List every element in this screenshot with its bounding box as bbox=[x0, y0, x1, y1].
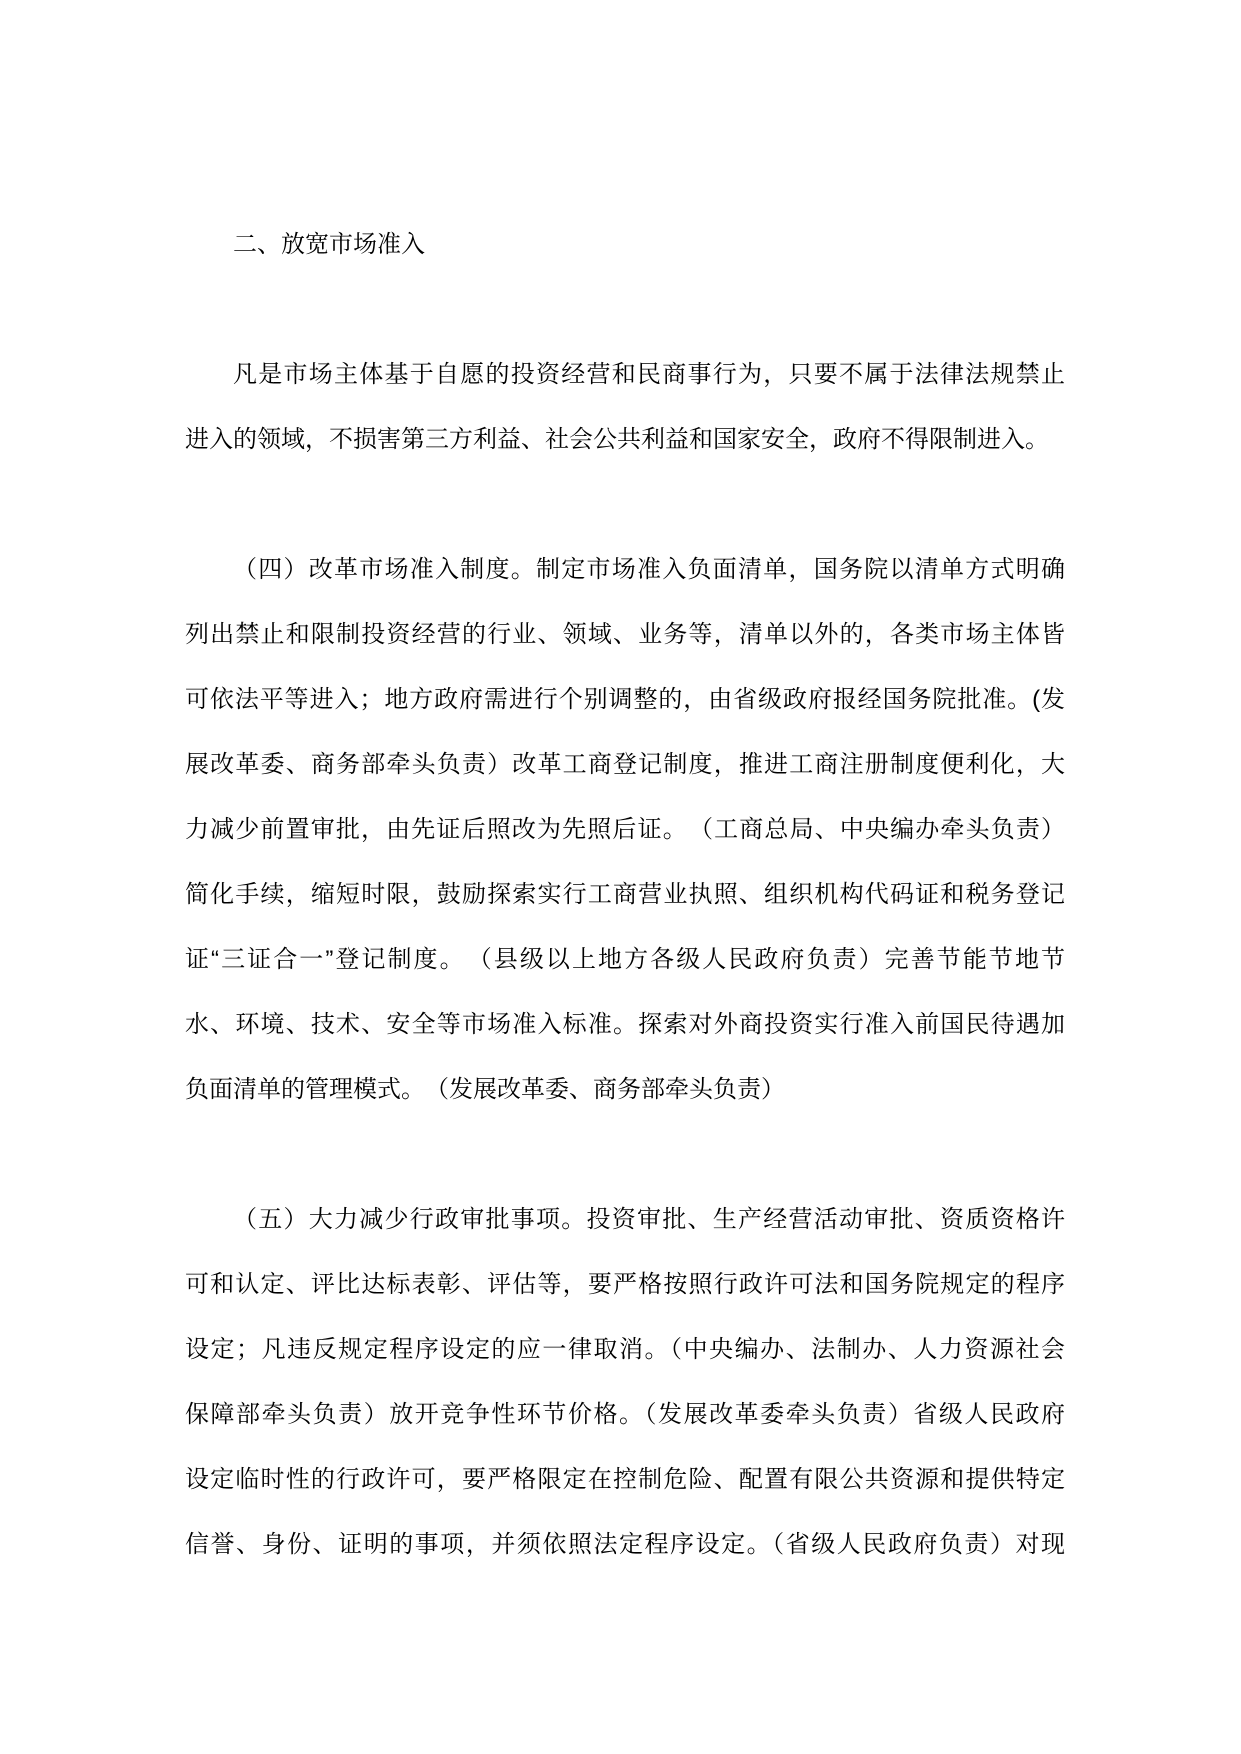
text-line: 进入的领域，不损害第三方利益、社会公共利益和国家安全，政府不得限制进入。 bbox=[185, 407, 1065, 472]
paragraph: （五）大力减少行政审批事项。投资审批、生产经营活动审批、资质资格许可和认定、评比… bbox=[185, 1187, 1065, 1577]
text-line: 设定临时性的行政许可，要严格限定在控制危险、配置有限公共资源和提供特定 bbox=[185, 1447, 1065, 1512]
text-line: （五）大力减少行政审批事项。投资审批、生产经营活动审批、资质资格许 bbox=[185, 1187, 1065, 1252]
text-line: 保障部牵头负责）放开竞争性环节价格。（发展改革委牵头负责）省级人民政府 bbox=[185, 1382, 1065, 1447]
text-line: 证“三证合一”登记制度。 （县级以上地方各级人民政府负责）完善节能节地节 bbox=[185, 927, 1065, 992]
text-line: 设定；凡违反规定程序设定的应一律取消。（中央编办、法制办、人力资源社会 bbox=[185, 1317, 1065, 1382]
text-line: 凡是市场主体基于自愿的投资经营和民商事行为，只要不属于法律法规禁止 bbox=[185, 342, 1065, 407]
paragraphs-container: 凡是市场主体基于自愿的投资经营和民商事行为，只要不属于法律法规禁止进入的领域，不… bbox=[185, 342, 1065, 1577]
section-heading: 二、放宽市场准入 bbox=[185, 212, 1065, 277]
text-line: 信誉、身份、证明的事项，并须依照法定程序设定。（省级人民政府负责）对现 bbox=[185, 1512, 1065, 1577]
text-line: 水、环境、技术、安全等市场准入标准。探索对外商投资实行准入前国民待遇加 bbox=[185, 992, 1065, 1057]
text-line: 可和认定、评比达标表彰、评估等，要严格按照行政许可法和国务院规定的程序 bbox=[185, 1252, 1065, 1317]
paragraph: 凡是市场主体基于自愿的投资经营和民商事行为，只要不属于法律法规禁止进入的领域，不… bbox=[185, 342, 1065, 472]
text-line: （四）改革市场准入制度。制定市场准入负面清单，国务院以清单方式明确 bbox=[185, 537, 1065, 602]
text-line: 列出禁止和限制投资经营的行业、领域、业务等，清单以外的，各类市场主体皆 bbox=[185, 602, 1065, 667]
text-line: 负面清单的管理模式。 （发展改革委、商务部牵头负责） bbox=[185, 1057, 1065, 1122]
paragraph: （四）改革市场准入制度。制定市场准入负面清单，国务院以清单方式明确列出禁止和限制… bbox=[185, 537, 1065, 1122]
text-line: 简化手续，缩短时限，鼓励探索实行工商营业执照、组织机构代码证和税务登记 bbox=[185, 862, 1065, 927]
document-page: 二、放宽市场准入 凡是市场主体基于自愿的投资经营和民商事行为，只要不属于法律法规… bbox=[0, 0, 1241, 1754]
text-line: 力减少前置审批，由先证后照改为先照后证。 （工商总局、中央编办牵头负责） bbox=[185, 797, 1065, 862]
text-line: 展改革委、商务部牵头负责）改革工商登记制度，推进工商注册制度便利化，大 bbox=[185, 732, 1065, 797]
text-line: 可依法平等进入；地方政府需进行个别调整的，由省级政府报经国务院批准。(发 bbox=[185, 667, 1065, 732]
